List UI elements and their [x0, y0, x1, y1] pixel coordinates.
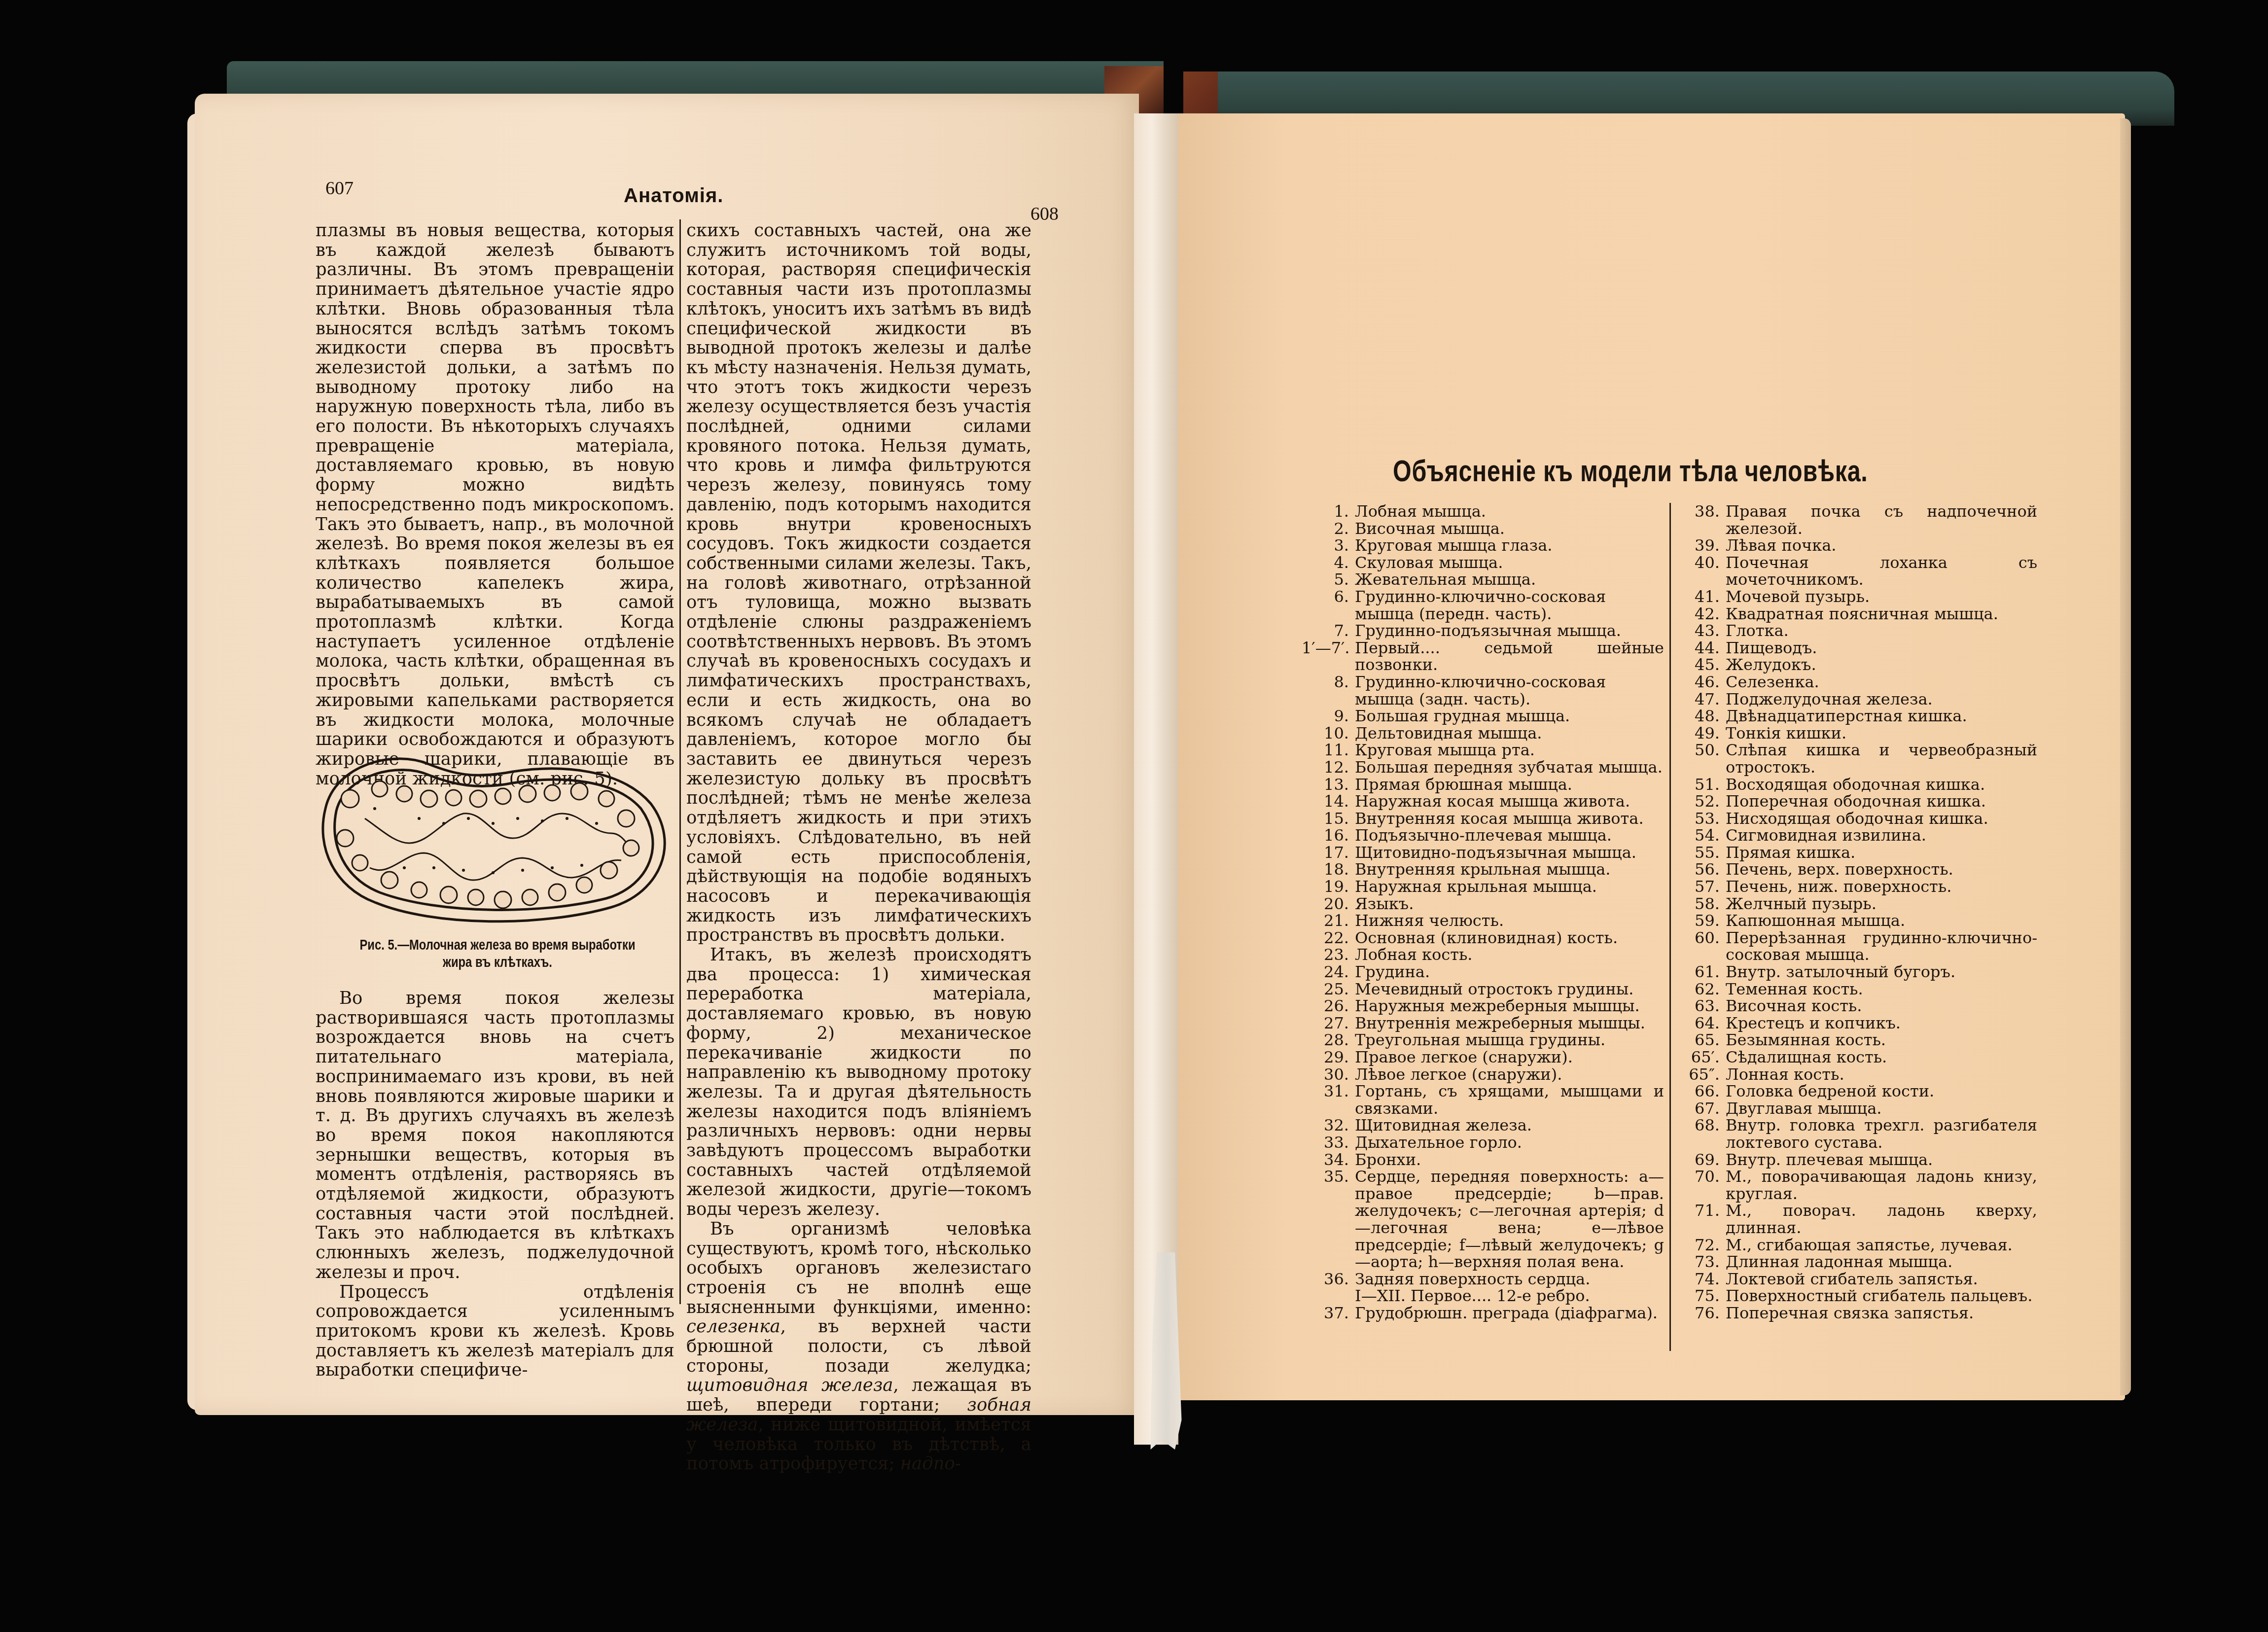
page-number-608: 608 [1030, 203, 1059, 225]
item-label: Правая почка съ надпочечной железой. [1726, 503, 2037, 537]
item-number: 42. [1672, 605, 1726, 623]
item-number: 10. [1302, 725, 1355, 742]
item-number: 22. [1302, 929, 1355, 947]
item-number: 44. [1672, 639, 1726, 657]
legend-item: 22. Основная (клиновидная) кость. [1302, 929, 1664, 947]
item-label: Жевательная мышца. [1355, 571, 1664, 588]
item-number: 51. [1672, 776, 1726, 793]
item-number: 75. [1672, 1287, 1726, 1305]
legend-item: 18. Внутренняя крыльная мышца. [1302, 861, 1664, 878]
item-number: 6. [1302, 588, 1355, 622]
legend-item: 67. Двуглавая мышца. [1672, 1100, 2037, 1117]
legend-item: 50. Слѣпая кишка и червеобразный отросто… [1672, 742, 2037, 776]
legend-item: 3. Круговая мышца глаза. [1302, 537, 1664, 554]
book-gutter [1134, 113, 1178, 1445]
item-number: 29. [1302, 1049, 1355, 1066]
legend-item: 38. Правая почка съ надпочечной железой. [1672, 503, 2037, 537]
item-label: Грудинно-ключично-сосковая мышца (задн. … [1355, 674, 1664, 708]
legend-item: 56. Печень, верх. поверхность. [1672, 861, 2037, 878]
item-number: 32. [1302, 1117, 1355, 1134]
item-label: Наружная косая мышца живота. [1355, 793, 1664, 810]
item-number: 14. [1302, 793, 1355, 810]
item-label: Нижняя челюсть. [1355, 912, 1664, 929]
item-number: 50. [1672, 742, 1726, 776]
item-label: Височная мышца. [1355, 520, 1664, 537]
legend-item: 36. Задняя поверхность сердца. [1302, 1271, 1664, 1288]
legend-item: 26. Наружныя межреберныя мышцы. [1302, 997, 1664, 1015]
item-label: М., поворач. ладонь кверху, длинная. [1726, 1202, 2037, 1236]
legend-item: 10. Дельтовидная мышца. [1302, 725, 1664, 742]
legend-item: 8. Грудинно-ключично-сосковая мышца (зад… [1302, 674, 1664, 708]
item-number: 74. [1672, 1271, 1726, 1288]
legend-item: 76. Поперечная связка запястья. [1672, 1305, 2037, 1322]
page-number-607: 607 [325, 177, 354, 199]
figure-caption: Рис. 5.—Молочная железа во время выработ… [316, 937, 679, 971]
item-number: 73. [1672, 1253, 1726, 1271]
item-label: Двѣнадцатиперстная кишка. [1726, 708, 2037, 725]
legend-item: 20. Языкъ. [1302, 895, 1664, 913]
item-label: Печень, верх. поверхность. [1726, 861, 2037, 878]
item-label: Большая грудная мышца. [1355, 708, 1664, 725]
legend-item: 32. Щитовидная железа. [1302, 1117, 1664, 1134]
item-label: Наружныя межреберныя мышцы. [1355, 997, 1664, 1015]
item-number: 27. [1302, 1015, 1355, 1032]
legend-item: 7. Грудинно-подъязычная мышца. [1302, 622, 1664, 639]
item-number: 2. [1302, 520, 1355, 537]
legend-item: 46. Селезенка. [1672, 674, 2037, 691]
legend-item: 52. Поперечная ободочная кишка. [1672, 793, 2037, 810]
item-label: Поверхностный сгибатель пальцевъ. [1726, 1287, 2037, 1305]
item-number: 8. [1302, 674, 1355, 708]
legend-item: 1. Лобная мышца. [1302, 503, 1664, 520]
legend-item: 45. Желудокъ. [1672, 656, 2037, 674]
item-label: Лонная кость. [1726, 1066, 2037, 1083]
legend-item: 58. Желчный пузырь. [1672, 895, 2037, 913]
item-label: Треугольная мышца грудины. [1355, 1031, 1664, 1049]
italic-term: селезенка [686, 1316, 780, 1337]
item-label: Селезенка. [1726, 674, 2037, 691]
item-number: 59. [1672, 912, 1726, 929]
item-number: 1′—7′. [1302, 639, 1355, 674]
legend-item: 72. М., сгибающая запястье, лучевая. [1672, 1237, 2037, 1254]
item-label: Поджелудочная железа. [1726, 691, 2037, 708]
item-label: Теменная кость. [1726, 981, 2037, 998]
item-number: 31. [1302, 1083, 1355, 1117]
gland-illustration [306, 745, 680, 932]
legend-item: 53. Нисходящая ободочная кишка. [1672, 810, 2037, 827]
item-number: 1. [1302, 503, 1355, 520]
list-divider [1669, 503, 1671, 1351]
paragraph: Въ организмѣ человѣка существуютъ, кромѣ… [686, 1219, 1031, 1474]
item-number: 9. [1302, 708, 1355, 725]
legend-item: 51. Восходящая ободочная кишка. [1672, 776, 2037, 793]
item-label: Желудокъ. [1726, 656, 2037, 674]
legend-item: 57. Печень, ниж. поверхность. [1672, 878, 2037, 895]
legend-item: 68. Внутр. головка трехгл. разгибателя л… [1672, 1117, 2037, 1151]
legend-item: 33. Дыхательное горло. [1302, 1134, 1664, 1151]
legend-item: 28. Треугольная мышца грудины. [1302, 1031, 1664, 1049]
item-number: 28. [1302, 1031, 1355, 1049]
legend-item: 44. Пищеводъ. [1672, 639, 2037, 657]
legend-item: 47. Поджелудочная железа. [1672, 691, 2037, 708]
legend-item: 12. Большая передняя зубчатая мышца. [1302, 759, 1664, 776]
item-label: Почечная лоханка съ мочеточникомъ. [1726, 554, 2037, 588]
item-label: Лобная мышца. [1355, 503, 1664, 520]
item-label: Лѣвое легкое (снаружи). [1355, 1066, 1664, 1083]
legend-item: 65″. Лонная кость. [1672, 1066, 2037, 1083]
legend-item: 15. Внутренняя косая мышца живота. [1302, 810, 1664, 827]
item-label: Квадратная поясничная мышца. [1726, 605, 2037, 623]
item-number: 66. [1672, 1083, 1726, 1100]
item-label: Двуглавая мышца. [1726, 1100, 2037, 1117]
item-number: 21. [1302, 912, 1355, 929]
item-label: Тонкія кишки. [1726, 725, 2037, 742]
item-label: Слѣпая кишка и червеобразный отростокъ. [1726, 742, 2037, 776]
item-number: 58. [1672, 895, 1726, 913]
item-label: Основная (клиновидная) кость. [1355, 929, 1664, 947]
item-label: Височная кость. [1726, 997, 2037, 1015]
legend-item: 62. Теменная кость. [1672, 981, 2037, 998]
item-label: Пищеводъ. [1726, 639, 2037, 657]
legend-item: 37. Грудобрюшн. преграда (діафрагма). [1302, 1305, 1664, 1322]
legend-item: 35. Сердце, передняя поверхность: a—прав… [1302, 1168, 1664, 1271]
legend-item: 1′—7′. Первый.... седьмой шейные позвонк… [1302, 639, 1664, 674]
item-number: 13. [1302, 776, 1355, 793]
paragraph: Итакъ, въ железѣ происходятъ два процесс… [686, 945, 1031, 1219]
item-label: Перерѣзанная грудинно-ключично-сосковая … [1726, 929, 2037, 963]
item-label: Грудина. [1355, 963, 1664, 981]
legend-item: 75. Поверхностный сгибатель пальцевъ. [1672, 1287, 2037, 1305]
item-number: 33. [1302, 1134, 1355, 1151]
legend-item: 41. Мочевой пузырь. [1672, 588, 2037, 605]
item-label: Языкъ. [1355, 895, 1664, 913]
item-number: 11. [1302, 742, 1355, 759]
item-number: 64. [1672, 1015, 1726, 1032]
item-number: 65′. [1672, 1049, 1726, 1066]
item-number: 62. [1672, 981, 1726, 998]
legend-item: 64. Крестецъ и копчикъ. [1672, 1015, 2037, 1032]
legend-item: 49. Тонкія кишки. [1672, 725, 2037, 742]
legend-item: 23. Лобная кость. [1302, 946, 1664, 963]
page-title: Объясненіе къ модели тѣла человѣка. [1393, 454, 1868, 489]
item-number: 48. [1672, 708, 1726, 725]
legend-item: 48. Двѣнадцатиперстная кишка. [1672, 708, 2037, 725]
item-label: Желчный пузырь. [1726, 895, 2037, 913]
item-label: Внутреннія межреберныя мышцы. [1355, 1015, 1664, 1032]
legend-item: 9. Большая грудная мышца. [1302, 708, 1664, 725]
paragraph: скихъ составныхъ частей, она же служитъ … [686, 221, 1031, 945]
legend-list-right: 38. Правая почка съ надпочечной железой.… [1672, 503, 2037, 1322]
item-number: 23. [1302, 946, 1355, 963]
paragraph: Во время покоя железы растворившаяся час… [316, 989, 674, 1282]
item-label: Внутренняя крыльная мышца. [1355, 861, 1664, 878]
item-label: Восходящая ободочная кишка. [1726, 776, 2037, 793]
item-label: Локтевой сгибатель запястья. [1726, 1271, 2037, 1288]
item-number: 56. [1672, 861, 1726, 878]
item-label: Грудобрюшн. преграда (діафрагма). [1355, 1305, 1664, 1322]
item-number: 43. [1672, 622, 1726, 639]
item-label: Мочевой пузырь. [1726, 588, 2037, 605]
legend-item: 16. Подъязычно-плечевая мышца. [1302, 827, 1664, 844]
item-number: 67. [1672, 1100, 1726, 1117]
item-number: 63. [1672, 997, 1726, 1015]
item-label: Гортань, съ хрящами, мышцами и связками. [1355, 1083, 1664, 1117]
item-number: 15. [1302, 810, 1355, 827]
item-label: Нисходящая ободочная кишка. [1726, 810, 2037, 827]
item-number: 19. [1302, 878, 1355, 895]
legend-item: 19. Наружная крыльная мышца. [1302, 878, 1664, 895]
item-number: 45. [1672, 656, 1726, 674]
legend-item: 27. Внутреннія межреберныя мышцы. [1302, 1015, 1664, 1032]
running-head: Анатомія. [624, 185, 723, 207]
item-label: М., поворачивающая ладонь книзу, круглая… [1726, 1168, 2037, 1202]
item-label: М., сгибающая запястье, лучевая. [1726, 1237, 2037, 1254]
legend-item: I—XII. Первое.... 12-е ребро. [1302, 1287, 1664, 1305]
item-label: Задняя поверхность сердца. [1355, 1271, 1664, 1288]
item-number: 72. [1672, 1237, 1726, 1254]
legend-item: 17. Щитовидно-подъязычная мышца. [1302, 844, 1664, 861]
item-number: 34. [1302, 1151, 1355, 1169]
legend-item: 4. Скуловая мышца. [1302, 554, 1664, 571]
text-column-1: плазмы въ новыя вещества, которыя въ каж… [316, 221, 674, 788]
item-number: 25. [1302, 981, 1355, 998]
item-label: Лѣвая почка. [1726, 537, 2037, 554]
text-column-2: скихъ составныхъ частей, она же служитъ … [686, 221, 1031, 1474]
item-label: Щитовидно-подъязычная мышца. [1355, 844, 1664, 861]
item-label: Сигмовидная извилина. [1726, 827, 2037, 844]
italic-term: щитовидная железа [686, 1375, 893, 1395]
legend-item: 61. Внутр. затылочный бугоръ. [1672, 963, 2037, 981]
item-label: Круговая мышца глаза. [1355, 537, 1664, 554]
item-number: 47. [1672, 691, 1726, 708]
legend-item: 60. Перерѣзанная грудинно-ключично-соско… [1672, 929, 2037, 963]
legend-item: 6. Грудинно-ключично-сосковая мышца (пер… [1302, 588, 1664, 622]
item-number: 41. [1672, 588, 1726, 605]
item-number [1302, 1287, 1355, 1305]
item-label: Первый.... седьмой шейные позвонки. [1355, 639, 1664, 674]
figure-mammary-gland [306, 745, 680, 932]
item-label: Внутр. головка трехгл. разгибателя локте… [1726, 1117, 2037, 1151]
column-divider [679, 219, 681, 1304]
item-number: 68. [1672, 1117, 1726, 1151]
legend-item: 21. Нижняя челюсть. [1302, 912, 1664, 929]
item-label: Щитовидная железа. [1355, 1117, 1664, 1134]
item-label: Прямая кишка. [1726, 844, 2037, 861]
legend-item: 24. Грудина. [1302, 963, 1664, 981]
item-number: 39. [1672, 537, 1726, 554]
item-label: Круговая мышца рта. [1355, 742, 1664, 759]
item-number: 5. [1302, 571, 1355, 588]
item-number: 7. [1302, 622, 1355, 639]
item-label: Правое легкое (снаружи). [1355, 1049, 1664, 1066]
item-number: 30. [1302, 1066, 1355, 1083]
legend-item: 2. Височная мышца. [1302, 520, 1664, 537]
legend-item: 65. Безымянная кость. [1672, 1031, 2037, 1049]
item-label: Глотка. [1726, 622, 2037, 639]
legend-item: 65′. Сѣдалищная кость. [1672, 1049, 2037, 1066]
legend-item: 70. М., поворачивающая ладонь книзу, кру… [1672, 1168, 2037, 1202]
item-number: 69. [1672, 1151, 1726, 1169]
legend-item: 73. Длинная ладонная мышца. [1672, 1253, 2037, 1271]
item-label: Внутренняя косая мышца живота. [1355, 810, 1664, 827]
legend-item: 30. Лѣвое легкое (снаружи). [1302, 1066, 1664, 1083]
legend-item: 63. Височная кость. [1672, 997, 2037, 1015]
legend-item: 31. Гортань, съ хрящами, мышцами и связк… [1302, 1083, 1664, 1117]
item-label: Дыхательное горло. [1355, 1134, 1664, 1151]
legend-item: 55. Прямая кишка. [1672, 844, 2037, 861]
item-number: 26. [1302, 997, 1355, 1015]
legend-item: 74. Локтевой сгибатель запястья. [1672, 1271, 2037, 1288]
legend-item: 14. Наружная косая мышца живота. [1302, 793, 1664, 810]
legend-item: 29. Правое легкое (снаружи). [1302, 1049, 1664, 1066]
legend-item: 40. Почечная лоханка съ мочеточникомъ. [1672, 554, 2037, 588]
item-number: 3. [1302, 537, 1355, 554]
item-number: 71. [1672, 1202, 1726, 1236]
caption-line-1: Рис. 5.—Молочная железа во время выработ… [316, 937, 679, 954]
item-label: Безымянная кость. [1726, 1031, 2037, 1049]
legend-item: 11. Круговая мышца рта. [1302, 742, 1664, 759]
item-label: Крестецъ и копчикъ. [1726, 1015, 2037, 1032]
item-number: 76. [1672, 1305, 1726, 1322]
item-label: Сѣдалищная кость. [1726, 1049, 2037, 1066]
legend-item: 54. Сигмовидная извилина. [1672, 827, 2037, 844]
item-number: 18. [1302, 861, 1355, 878]
legend-item: 5. Жевательная мышца. [1302, 571, 1664, 588]
item-label: Внутр. затылочный бугоръ. [1726, 963, 2037, 981]
legend-item: 71. М., поворач. ладонь кверху, длинная. [1672, 1202, 2037, 1236]
item-number: 37. [1302, 1305, 1355, 1322]
item-number: 61. [1672, 963, 1726, 981]
item-number: 57. [1672, 878, 1726, 895]
item-number: 52. [1672, 793, 1726, 810]
item-number: 38. [1672, 503, 1726, 537]
item-label: Грудинно-подъязычная мышца. [1355, 622, 1664, 639]
paragraph: плазмы въ новыя вещества, которыя въ каж… [316, 221, 674, 788]
item-label: Длинная ладонная мышца. [1726, 1253, 2037, 1271]
item-label: Наружная крыльная мышца. [1355, 878, 1664, 895]
right-page-stack [2120, 118, 2131, 1395]
item-label: Скуловая мышца. [1355, 554, 1664, 571]
legend-list-left: 1. Лобная мышца. 2. Височная мышца. 3. К… [1302, 503, 1664, 1322]
item-number: 16. [1302, 827, 1355, 844]
item-label: Лобная кость. [1355, 946, 1664, 963]
item-label: Бронхи. [1355, 1151, 1664, 1169]
legend-item: 66. Головка бедреной кости. [1672, 1083, 2037, 1100]
item-label: Мечевидный отростокъ грудины. [1355, 981, 1664, 998]
italic-term: надпо- [900, 1454, 961, 1474]
caption-line-2: жира въ клѣткахъ. [316, 954, 679, 971]
item-label: Грудинно-ключично-сосковая мышца (передн… [1355, 588, 1664, 622]
item-label: I—XII. Первое.... 12-е ребро. [1355, 1287, 1664, 1305]
item-label: Головка бедреной кости. [1726, 1083, 2037, 1100]
item-number: 65″. [1672, 1066, 1726, 1083]
item-number: 40. [1672, 554, 1726, 588]
item-label: Поперечная связка запястья. [1726, 1305, 2037, 1322]
item-number: 70. [1672, 1168, 1726, 1202]
item-number: 24. [1302, 963, 1355, 981]
item-label: Сердце, передняя поверхность: a—правое п… [1355, 1168, 1664, 1271]
item-label: Поперечная ободочная кишка. [1726, 793, 2037, 810]
item-label: Дельтовидная мышца. [1355, 725, 1664, 742]
item-number: 60. [1672, 929, 1726, 963]
item-label: Капюшонная мышца. [1726, 912, 2037, 929]
legend-item: 13. Прямая брюшная мышца. [1302, 776, 1664, 793]
item-label: Внутр. плечевая мышца. [1726, 1151, 2037, 1169]
item-number: 55. [1672, 844, 1726, 861]
item-label: Подъязычно-плечевая мышца. [1355, 827, 1664, 844]
item-number: 35. [1302, 1168, 1355, 1271]
item-number: 65. [1672, 1031, 1726, 1049]
item-number: 12. [1302, 759, 1355, 776]
text-span: Въ организмѣ человѣка существуютъ, кромѣ… [686, 1219, 1031, 1317]
item-number: 53. [1672, 810, 1726, 827]
paragraph: Процессъ отдѣленія сопровождается усилен… [316, 1282, 674, 1381]
item-label: Печень, ниж. поверхность. [1726, 878, 2037, 895]
item-label: Большая передняя зубчатая мышца. [1355, 759, 1664, 776]
item-number: 36. [1302, 1271, 1355, 1288]
item-label: Прямая брюшная мышца. [1355, 776, 1664, 793]
text-column-1-lower: Во время покоя железы растворившаяся час… [316, 989, 674, 1380]
legend-item: 39. Лѣвая почка. [1672, 537, 2037, 554]
item-number: 46. [1672, 674, 1726, 691]
item-number: 4. [1302, 554, 1355, 571]
legend-item: 59. Капюшонная мышца. [1672, 912, 2037, 929]
item-number: 54. [1672, 827, 1726, 844]
item-number: 49. [1672, 725, 1726, 742]
item-number: 20. [1302, 895, 1355, 913]
legend-item: 69. Внутр. плечевая мышца. [1672, 1151, 2037, 1169]
legend-item: 43. Глотка. [1672, 622, 2037, 639]
item-number: 17. [1302, 844, 1355, 861]
legend-item: 34. Бронхи. [1302, 1151, 1664, 1169]
legend-item: 25. Мечевидный отростокъ грудины. [1302, 981, 1664, 998]
legend-item: 42. Квадратная поясничная мышца. [1672, 605, 2037, 623]
